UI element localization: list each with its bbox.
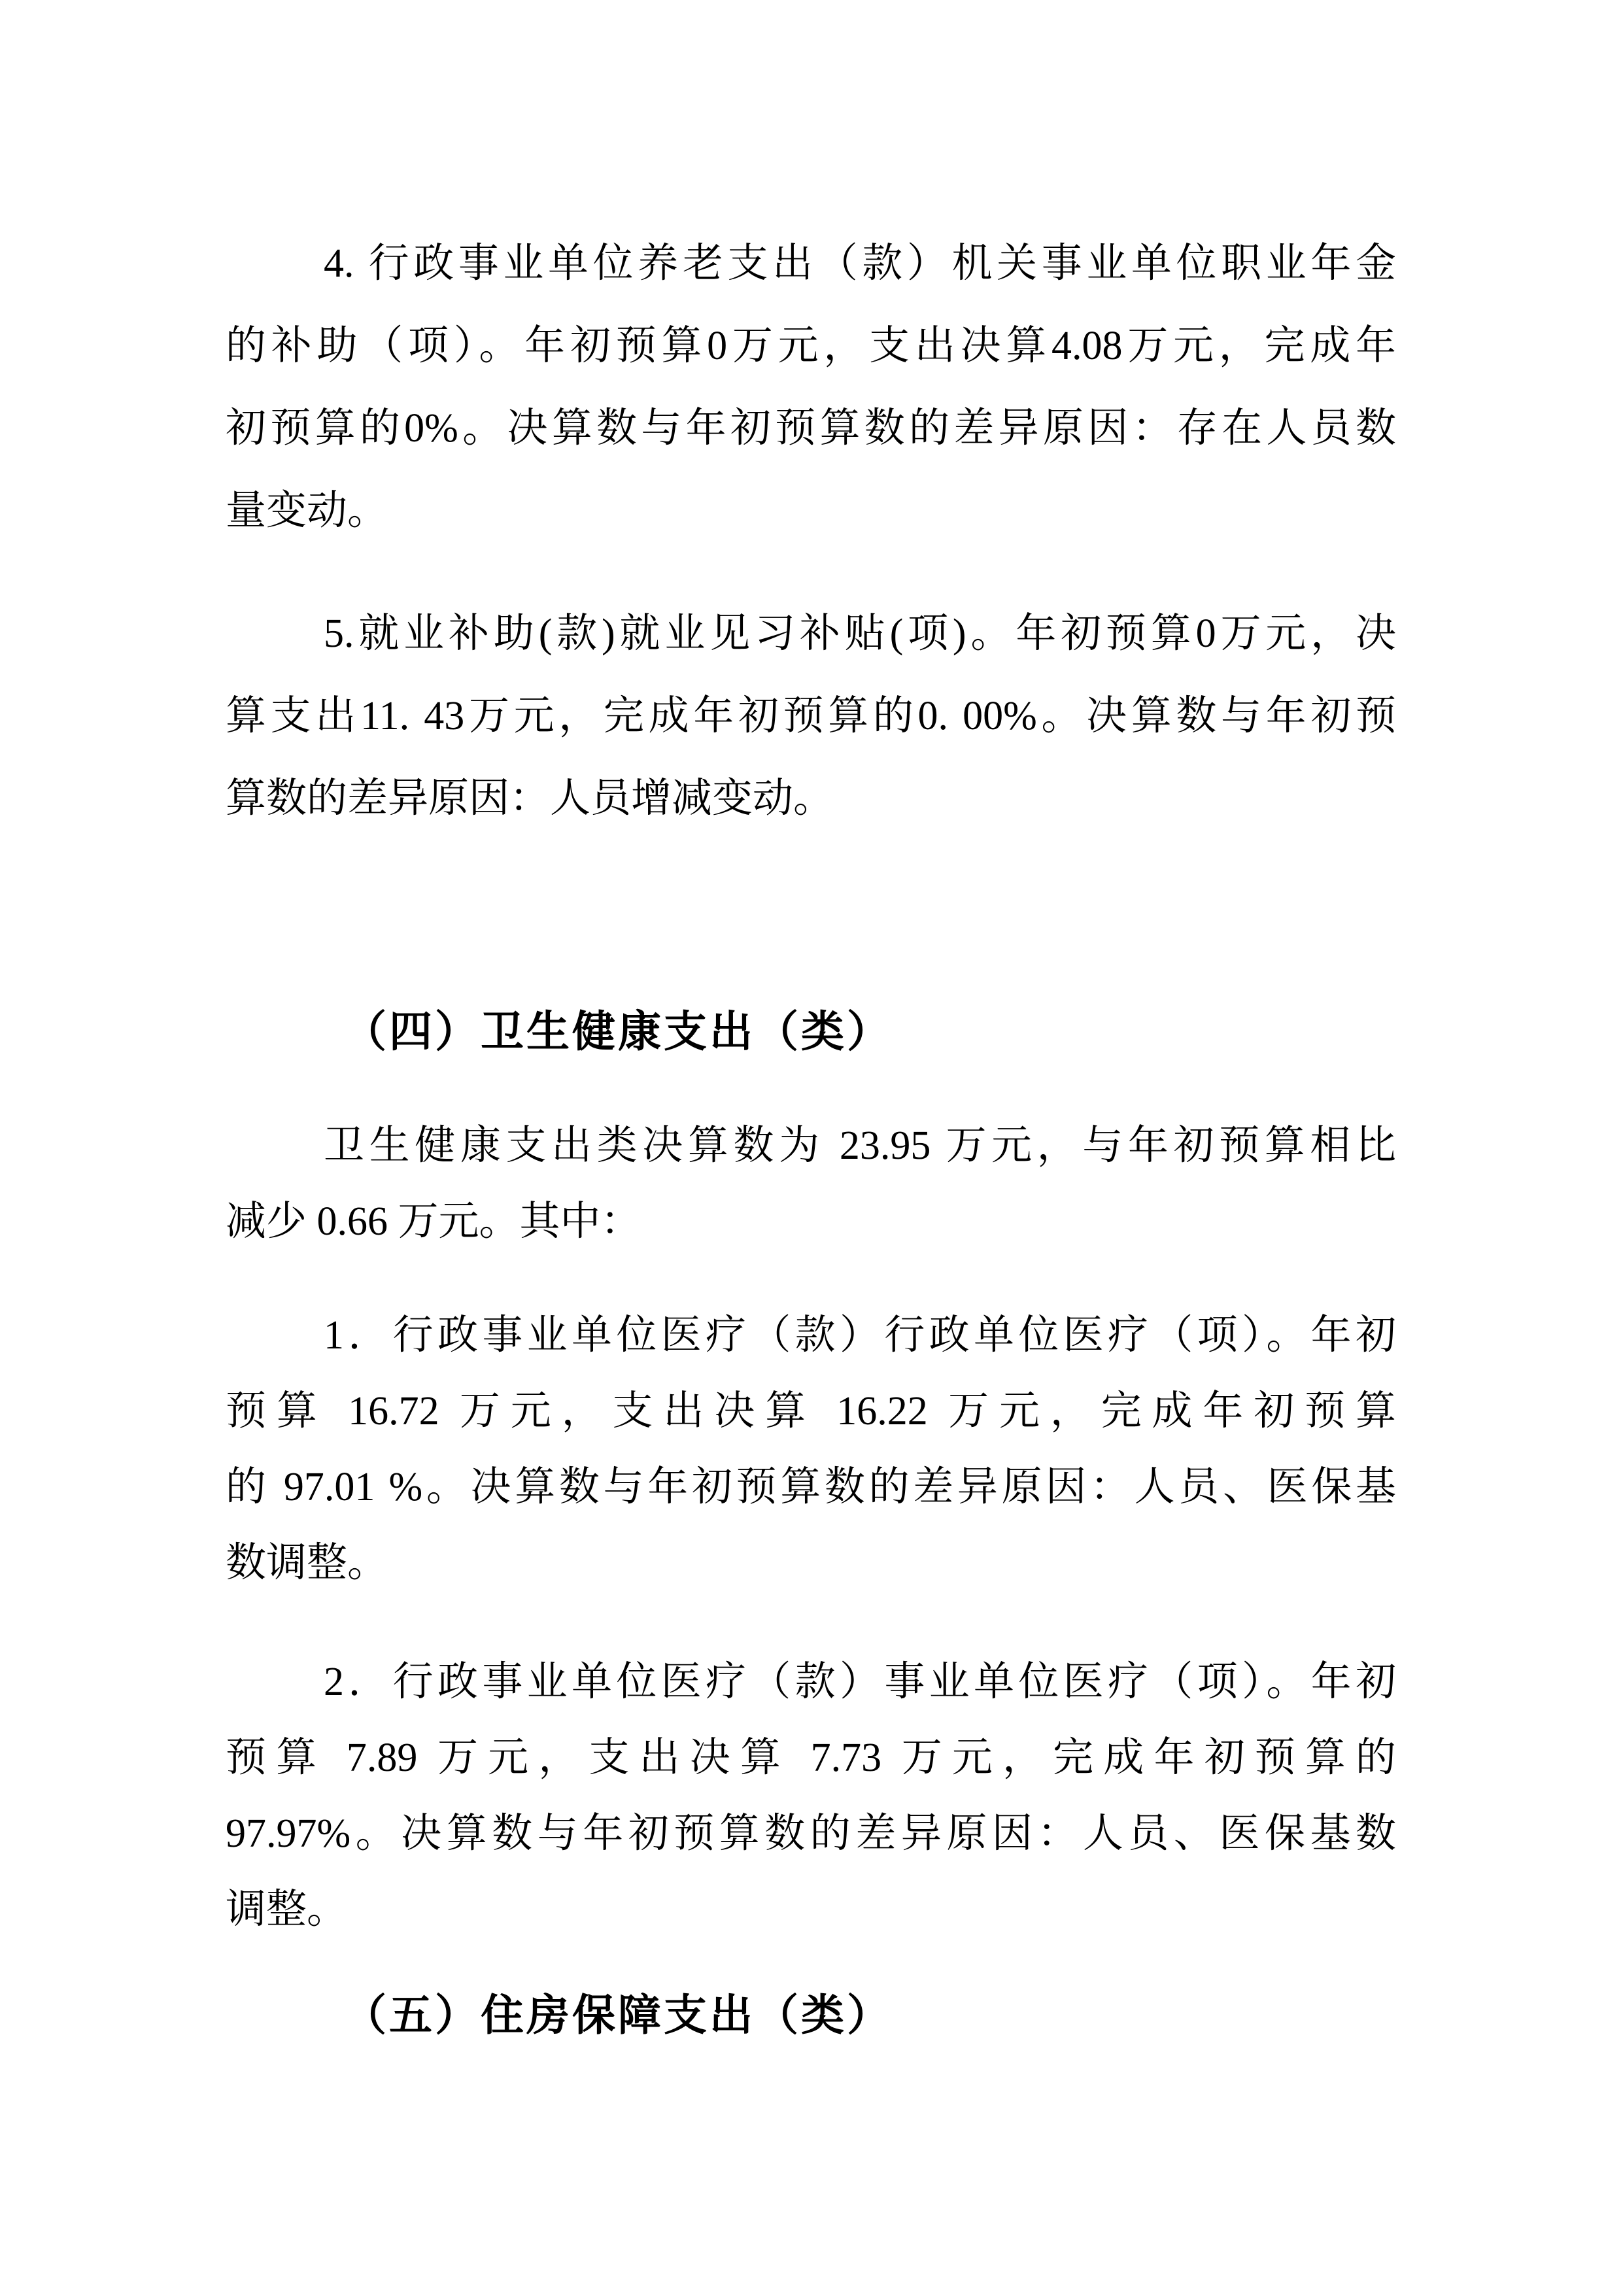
text-line: 97.97%。决算数与年初预算数的差异原因：人员、医保基数 — [226, 1796, 1396, 1872]
text-line: 的 97.01 %。决算数与年初预算数的差异原因：人员、医保基 — [226, 1449, 1396, 1525]
text-line: 调整。 — [226, 1872, 1396, 1947]
text-line: 预算 16.72 万元，支出决算 16.22 万元，完成年初预算 — [226, 1373, 1396, 1449]
text-line: 算支出11. 43万元，完成年初预算的0. 00%。决算数与年初预 — [226, 675, 1396, 757]
paragraph-item-4-pension-annuity: 4. 行政事业单位养老支出（款）机关事业单位职业年金 的补助（项）。年初预算0万… — [226, 222, 1396, 552]
text-line: 算数的差异原因：人员增减变动。 — [226, 757, 1396, 840]
paragraph-item-1-admin-medical: 1．行政事业单位医疗（款）行政单位医疗（项）。年初 预算 16.72 万元，支出… — [226, 1297, 1396, 1601]
text-line: 预算 7.89 万元，支出决算 7.73 万元，完成年初预算的 — [226, 1720, 1396, 1796]
text-line: 卫生健康支出类决算数为 23.95 万元，与年初预算相比 — [226, 1108, 1396, 1184]
text-line: 1．行政事业单位医疗（款）行政单位医疗（项）。年初 — [226, 1297, 1396, 1373]
text-line: 的补助（项）。年初预算0万元，支出决算4.08万元，完成年 — [226, 305, 1396, 387]
text-line: 4. 行政事业单位养老支出（款）机关事业单位职业年金 — [226, 222, 1396, 305]
paragraph-item-2-institution-medical: 2．行政事业单位医疗（款）事业单位医疗（项）。年初 预算 7.89 万元，支出决… — [226, 1644, 1396, 1947]
text-line: 2．行政事业单位医疗（款）事业单位医疗（项）。年初 — [226, 1644, 1396, 1720]
section-heading-housing-expenditure: （五）住房保障支出（类） — [343, 1974, 1396, 2059]
paragraph-item-5-employment-subsidy: 5.就业补助(款)就业见习补贴(项)。年初预算0万元，决 算支出11. 43万元… — [226, 592, 1396, 840]
section-heading-health-expenditure: （四）卫生健康支出（类） — [343, 990, 1396, 1075]
text-line: 减少 0.66 万元。其中： — [226, 1184, 1396, 1259]
paragraph-health-summary: 卫生健康支出类决算数为 23.95 万元，与年初预算相比 减少 0.66 万元。… — [226, 1108, 1396, 1259]
text-line: 量变动。 — [226, 470, 1396, 552]
document-page: 4. 行政事业单位养老支出（款）机关事业单位职业年金 的补助（项）。年初预算0万… — [0, 0, 1623, 2296]
text-line: 数调整。 — [226, 1525, 1396, 1601]
text-line: 初预算的0%。决算数与年初预算数的差异原因：存在人员数 — [226, 387, 1396, 470]
text-line: 5.就业补助(款)就业见习补贴(项)。年初预算0万元，决 — [226, 592, 1396, 675]
